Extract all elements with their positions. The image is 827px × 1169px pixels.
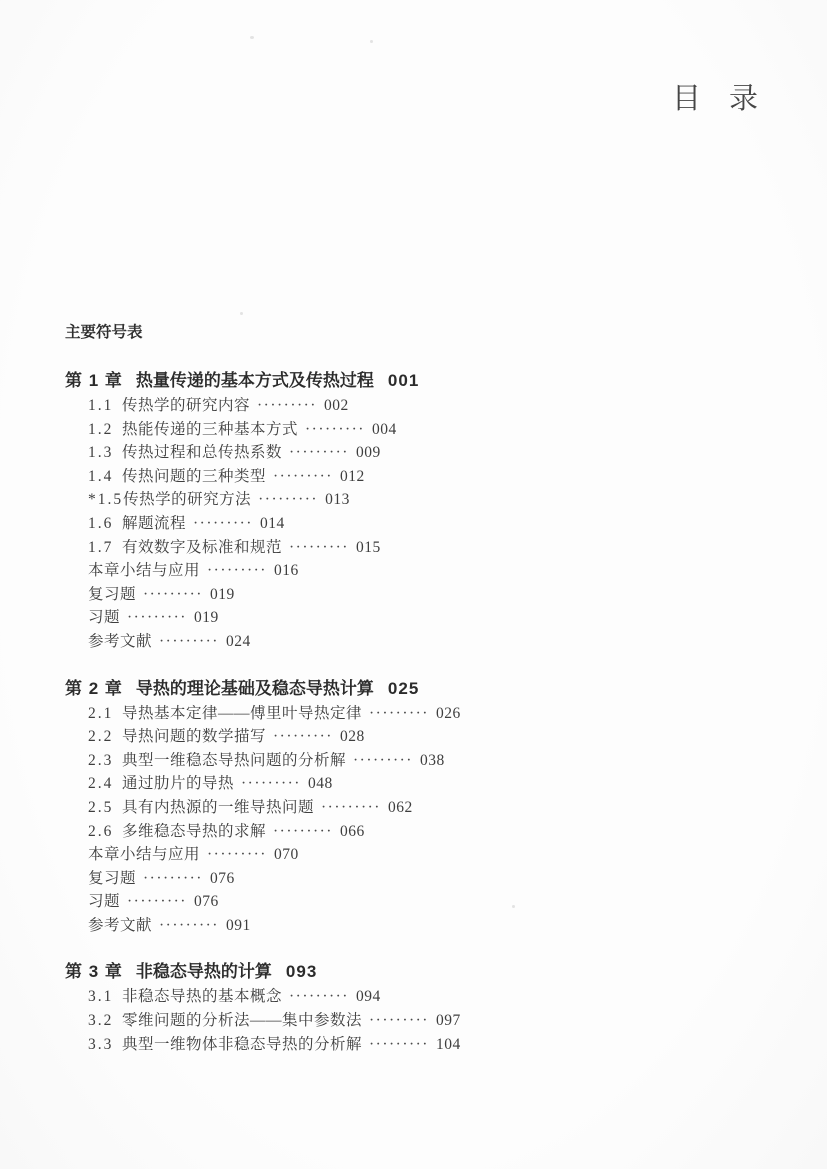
- entry-number: 2.4: [88, 772, 122, 796]
- chapter-page-number: 001: [388, 371, 419, 390]
- toc-entry: 1.3传热过程和总传热系数·········009: [88, 441, 545, 465]
- chapter-page-number: 093: [286, 962, 317, 981]
- chapter-heading: 第 2 章导热的理论基础及稳态导热计算025: [65, 676, 545, 702]
- leader-dots: ·········: [207, 846, 267, 863]
- entry-title: 参考文献: [88, 917, 152, 934]
- entry-page-number: 076: [210, 870, 235, 887]
- leader-dots: ·········: [369, 1012, 429, 1029]
- entry-title: 导热基本定律——傅里叶导热定律: [122, 705, 362, 722]
- entry-number: 1.7: [88, 536, 122, 560]
- entry-title: 传热学的研究方法: [123, 491, 251, 508]
- entry-page-number: 062: [388, 799, 413, 816]
- toc-entry: 本章小结与应用·········070: [88, 843, 545, 867]
- symbols-table-heading: 主要符号表: [65, 322, 545, 344]
- entry-page-number: 009: [356, 444, 381, 461]
- chapter-section: 第 2 章导热的理论基础及稳态导热计算0252.1导热基本定律——傅里叶导热定律…: [65, 676, 545, 938]
- leader-dots: ·········: [127, 893, 187, 910]
- leader-dots: ·········: [127, 609, 187, 626]
- leader-dots: ·········: [353, 752, 413, 769]
- leader-dots: ·········: [305, 421, 365, 438]
- entry-title: 有效数字及标准和规范: [122, 539, 282, 556]
- leader-dots: ·········: [143, 586, 203, 603]
- entry-page-number: 028: [340, 728, 365, 745]
- toc-entry: 2.1导热基本定律——傅里叶导热定律·········026: [88, 702, 545, 726]
- leader-dots: ·········: [369, 1036, 429, 1053]
- entry-title: 非稳态导热的基本概念: [122, 988, 282, 1005]
- chapter-heading: 第 3 章非稳态导热的计算093: [65, 959, 545, 985]
- entry-title: 导热问题的数学描写: [122, 728, 266, 745]
- entry-page-number: 014: [260, 515, 285, 532]
- entry-page-number: 070: [274, 846, 299, 863]
- chapter-title: 非稳态导热的计算: [136, 962, 272, 981]
- leader-dots: ·········: [241, 775, 301, 792]
- toc-entry: 习题·········019: [88, 606, 545, 630]
- entry-title: 典型一维物体非稳态导热的分析解: [122, 1036, 362, 1053]
- chapter-entries: 3.1非稳态导热的基本概念·········0943.2零维问题的分析法——集中…: [65, 985, 545, 1056]
- leader-dots: ·········: [369, 705, 429, 722]
- entry-title: 热能传递的三种基本方式: [122, 421, 298, 438]
- toc-entry: 2.3典型一维稳态导热问题的分析解·········038: [88, 749, 545, 773]
- chapter-title: 热量传递的基本方式及传热过程: [136, 371, 374, 390]
- entry-title: 零维问题的分析法——集中参数法: [122, 1012, 362, 1029]
- leader-dots: ·········: [273, 468, 333, 485]
- entry-page-number: 013: [325, 491, 350, 508]
- leader-dots: ·········: [143, 870, 203, 887]
- entry-title: 本章小结与应用: [88, 846, 200, 863]
- entry-page-number: 104: [436, 1036, 461, 1053]
- entry-number: 1.4: [88, 465, 122, 489]
- entry-title: 传热学的研究内容: [122, 397, 250, 414]
- leader-dots: ·········: [289, 444, 349, 461]
- entry-number: 1.6: [88, 512, 122, 536]
- chapter-page-number: 025: [388, 679, 419, 698]
- entry-title: 多维稳态导热的求解: [122, 823, 266, 840]
- toc-entry: 2.4通过肋片的导热·········048: [88, 772, 545, 796]
- toc-entry: 2.2导热问题的数学描写·········028: [88, 725, 545, 749]
- entry-title: 通过肋片的导热: [122, 775, 234, 792]
- entry-title: 传热问题的三种类型: [122, 468, 266, 485]
- entry-title: 参考文献: [88, 633, 152, 650]
- leader-dots: ·········: [257, 397, 317, 414]
- entry-title: 复习题: [88, 870, 136, 887]
- toc-entry: 1.1传热学的研究内容·········002: [88, 394, 545, 418]
- entry-title: 具有内热源的一维导热问题: [122, 799, 314, 816]
- leader-dots: ·········: [289, 539, 349, 556]
- entry-page-number: 019: [194, 609, 219, 626]
- scan-speckle: [240, 312, 243, 315]
- leader-dots: ·········: [207, 562, 267, 579]
- entry-number: *1.5: [88, 488, 123, 512]
- entry-title: 习题: [88, 893, 120, 910]
- entry-page-number: 012: [340, 468, 365, 485]
- entry-page-number: 066: [340, 823, 365, 840]
- chapter-section: 第 3 章非稳态导热的计算0933.1非稳态导热的基本概念·········09…: [65, 959, 545, 1056]
- entry-number: 1.2: [88, 418, 122, 442]
- toc-entry: 3.2零维问题的分析法——集中参数法·········097: [88, 1009, 545, 1033]
- toc-entry: 复习题·········019: [88, 583, 545, 607]
- entry-page-number: 016: [274, 562, 299, 579]
- entry-number: 2.1: [88, 702, 122, 726]
- toc-entry: *1.5传热学的研究方法·········013: [88, 488, 545, 512]
- leader-dots: ·········: [289, 988, 349, 1005]
- leader-dots: ·········: [258, 491, 318, 508]
- entry-page-number: 097: [436, 1012, 461, 1029]
- chapter-title: 导热的理论基础及稳态导热计算: [136, 679, 374, 698]
- entry-title: 传热过程和总传热系数: [122, 444, 282, 461]
- entry-page-number: 038: [420, 752, 445, 769]
- toc-entry: 2.5具有内热源的一维导热问题·········062: [88, 796, 545, 820]
- toc-entry: 1.7有效数字及标准和规范·········015: [88, 536, 545, 560]
- entry-number: 3.3: [88, 1033, 122, 1057]
- entry-title: 习题: [88, 609, 120, 626]
- entry-page-number: 019: [210, 586, 235, 603]
- entry-page-number: 024: [226, 633, 251, 650]
- toc-entry: 1.6解题流程·········014: [88, 512, 545, 536]
- toc-entry: 习题·········076: [88, 890, 545, 914]
- leader-dots: ·········: [273, 823, 333, 840]
- chapter-label: 第 1 章: [65, 371, 123, 390]
- leader-dots: ·········: [159, 917, 219, 934]
- chapter-section: 第 1 章热量传递的基本方式及传热过程0011.1传热学的研究内容·······…: [65, 368, 545, 654]
- entry-number: 1.3: [88, 441, 122, 465]
- leader-dots: ·········: [159, 633, 219, 650]
- chapter-list: 第 1 章热量传递的基本方式及传热过程0011.1传热学的研究内容·······…: [65, 368, 545, 1056]
- chapter-entries: 1.1传热学的研究内容·········0021.2热能传递的三种基本方式···…: [65, 394, 545, 654]
- scanned-toc-page: 目 录 主要符号表 第 1 章热量传递的基本方式及传热过程0011.1传热学的研…: [0, 0, 827, 1169]
- page-title: 目 录: [672, 76, 768, 117]
- toc-entry: 3.3典型一维物体非稳态导热的分析解·········104: [88, 1033, 545, 1057]
- entry-number: 2.3: [88, 749, 122, 773]
- toc-entry: 本章小结与应用·········016: [88, 559, 545, 583]
- entry-number: 2.6: [88, 820, 122, 844]
- entry-page-number: 076: [194, 893, 219, 910]
- entry-title: 复习题: [88, 586, 136, 603]
- entry-number: 1.1: [88, 394, 122, 418]
- entry-number: 2.5: [88, 796, 122, 820]
- toc-entry: 3.1非稳态导热的基本概念·········094: [88, 985, 545, 1009]
- toc-entry: 1.4传热问题的三种类型·········012: [88, 465, 545, 489]
- entry-page-number: 015: [356, 539, 381, 556]
- scan-speckle: [370, 40, 373, 43]
- entry-page-number: 091: [226, 917, 251, 934]
- entry-number: 2.2: [88, 725, 122, 749]
- entry-title: 解题流程: [122, 515, 186, 532]
- chapter-heading: 第 1 章热量传递的基本方式及传热过程001: [65, 368, 545, 394]
- chapter-label: 第 2 章: [65, 679, 123, 698]
- entry-page-number: 048: [308, 775, 333, 792]
- toc-entry: 2.6多维稳态导热的求解·········066: [88, 820, 545, 844]
- chapter-label: 第 3 章: [65, 962, 123, 981]
- entry-title: 典型一维稳态导热问题的分析解: [122, 752, 346, 769]
- toc-entry: 复习题·········076: [88, 867, 545, 891]
- leader-dots: ·········: [273, 728, 333, 745]
- entry-page-number: 094: [356, 988, 381, 1005]
- leader-dots: ·········: [321, 799, 381, 816]
- entry-number: 3.2: [88, 1009, 122, 1033]
- entry-page-number: 002: [324, 397, 349, 414]
- chapter-entries: 2.1导热基本定律——傅里叶导热定律·········0262.2导热问题的数学…: [65, 702, 545, 938]
- leader-dots: ·········: [193, 515, 253, 532]
- toc-entry: 参考文献·········024: [88, 630, 545, 654]
- entry-page-number: 004: [372, 421, 397, 438]
- entry-number: 3.1: [88, 985, 122, 1009]
- scan-speckle: [250, 36, 254, 39]
- entry-title: 本章小结与应用: [88, 562, 200, 579]
- entry-page-number: 026: [436, 705, 461, 722]
- toc-content: 主要符号表 第 1 章热量传递的基本方式及传热过程0011.1传热学的研究内容·…: [65, 322, 545, 1056]
- toc-entry: 参考文献·········091: [88, 914, 545, 938]
- toc-entry: 1.2热能传递的三种基本方式·········004: [88, 418, 545, 442]
